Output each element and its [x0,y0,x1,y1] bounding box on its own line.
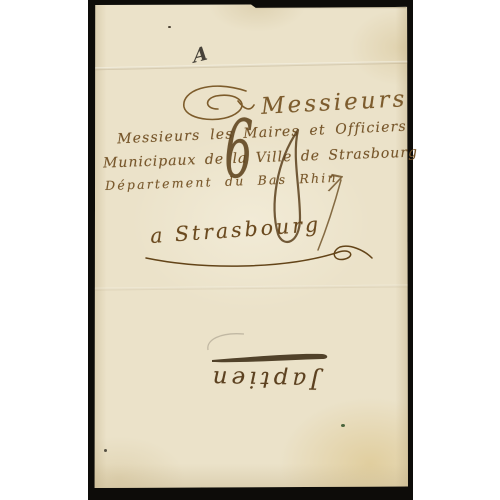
letter-photo [88,0,413,500]
folded-sheet-edge [256,5,406,7]
fold-crease-top [94,61,408,71]
letter-paper [94,4,408,488]
letter-photo-canvas: A Messieurs Messieurs les Maires et Offi… [0,0,500,500]
fold-crease-middle [94,284,408,290]
